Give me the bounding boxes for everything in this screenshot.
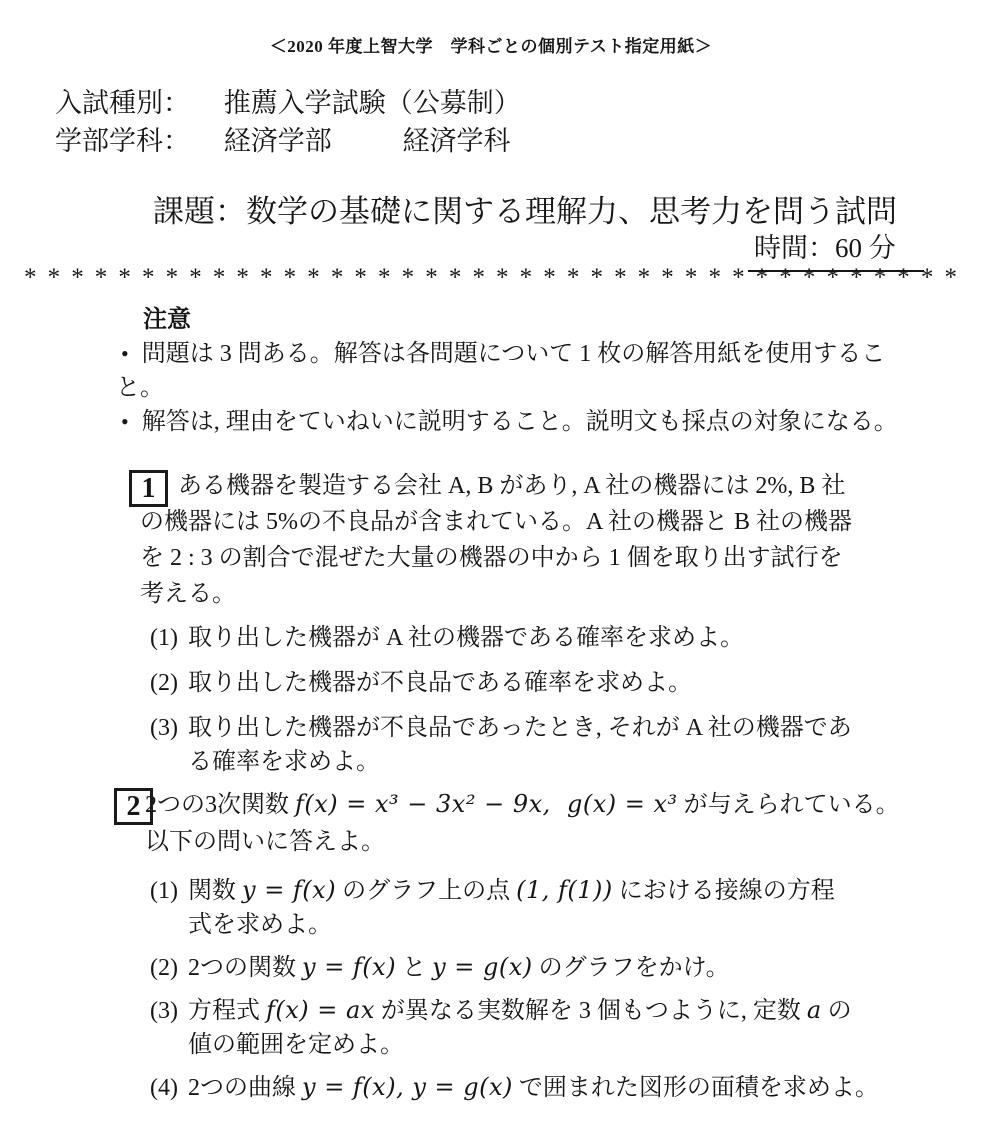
exam-meta: 入試種別： 推薦入学試験（公募制） 学部学科： 経済学部 経済学科 [55, 84, 521, 160]
text-segment: のグラフ上の点 [336, 878, 516, 904]
item-text: 取り出した機器が A 社の機器である確率を求めよ。 [188, 625, 744, 651]
text-segment: のグラフをかけ。 [533, 955, 730, 981]
faculty-row: 学部学科： 経済学部 経済学科 [55, 122, 521, 160]
item-text: 取り出した機器が不良品であったとき, それが A 社の機器であ [188, 715, 852, 741]
math-expression: f(x) = x³ − 3x² − 9x, g(x) = x³ [295, 790, 678, 818]
exam-type-row: 入試種別： 推薦入学試験（公募制） [55, 84, 521, 122]
exam-paper-page: ＜2020 年度上智大学 学科ごとの個別テスト指定用紙＞ 入試種別： 推薦入学試… [0, 0, 982, 1148]
problem-2-body: 2つの3次関数 f(x) = x³ − 3x² − 9x, g(x) = x³ … [145, 786, 905, 861]
notice-section: 注意 •問題は 3 問ある。解答は各問題について 1 枚の解答用紙を使用するこ … [116, 303, 916, 439]
item-label: (1) [150, 621, 188, 655]
problem-2: 2 2つの3次関数 f(x) = x³ − 3x² − 9x, g(x) = x… [0, 786, 982, 1105]
problem-2-intro-line: 2つの3次関数 f(x) = x³ − 3x² − 9x, g(x) = x³ … [145, 786, 905, 824]
text-segment: における接線の方程 [613, 878, 835, 904]
math-expression: y = f(x) [242, 876, 336, 904]
bullet-icon: • [121, 337, 129, 371]
notice-heading: 注意 [143, 303, 916, 337]
item-label: (1) [150, 874, 188, 908]
text-segment: で囲まれた図形の面積を求めよ。 [513, 1075, 879, 1101]
text-segment: の [822, 998, 852, 1024]
problem-2-item-3: (3)方程式 f(x) = ax が異なる実数解を 3 個もつように, 定数 a… [150, 993, 982, 1028]
problem-1-body-line: の機器には 5%の不良品が含まれている。A 社の機器と B 社の機器 [140, 504, 885, 540]
text-segment: 方程式 [188, 998, 266, 1024]
department-value: 経済学科 [403, 122, 511, 160]
problem-1-items: (1)取り出した機器が A 社の機器である確率を求めよ。 (2)取り出した機器が… [0, 621, 982, 779]
math-expression: a [807, 996, 822, 1024]
asterisk-separator: * * * * * * * * * * * * * * * * * * * * … [24, 264, 958, 292]
problem-2-item-4: (4)2つの曲線 y = f(x), y = g(x) で囲まれた図形の面積を求… [150, 1070, 982, 1105]
bullet-icon: • [121, 405, 129, 439]
problem-1-body-line: 考える。 [140, 576, 885, 612]
problem-1-body-line: ある機器を製造する会社 A, B があり, A 社の機器には 2%, B 社 [140, 468, 885, 504]
problem-2-item-2: (2)2つの関数 y = f(x) と y = g(x) のグラフをかけ。 [150, 950, 982, 985]
exam-type-value: 推薦入学試験（公募制） [224, 84, 521, 122]
exam-title: 課題：数学の基礎に関する理解力、思考力を問う試問 [153, 186, 897, 231]
notice-item-1-continuation: と。 [116, 371, 916, 405]
problem-1-item-3-continuation: る確率を求めよ。 [188, 745, 982, 779]
problem-2-intro-line: 以下の問いに答えよ。 [145, 824, 905, 861]
item-label: (3) [150, 994, 188, 1028]
exam-type-label: 入試種別： [55, 84, 217, 122]
math-expression: y = f(x), y = g(x) [302, 1073, 513, 1101]
text-segment: が異なる実数解を 3 個もつように, 定数 [375, 998, 807, 1024]
problem-1-body: ある機器を製造する会社 A, B があり, A 社の機器には 2%, B 社 の… [140, 468, 885, 612]
problem-1-item-2: (2)取り出した機器が不良品である確率を求めよ。 [150, 666, 982, 700]
faculty-label: 学部学科： [55, 122, 217, 160]
problem-1: 1 ある機器を製造する会社 A, B があり, A 社の機器には 2%, B 社… [0, 468, 982, 779]
problem-1-item-3: (3)取り出した機器が不良品であったとき, それが A 社の機器であ [150, 711, 982, 745]
problem-1-item-1: (1)取り出した機器が A 社の機器である確率を求めよ。 [150, 621, 982, 655]
notice-item-1: •問題は 3 問ある。解答は各問題について 1 枚の解答用紙を使用するこ [116, 337, 916, 371]
problem-1-body-line: を 2 : 3 の割合で混ぜた大量の機器の中から 1 個を取り出す試行を [140, 540, 885, 576]
problem-2-item-1-continuation: 式を求めよ。 [188, 908, 982, 942]
text-segment: と [396, 955, 432, 981]
item-label: (2) [150, 951, 188, 985]
notice-item-2: •解答は, 理由をていねいに説明すること。説明文も採点の対象になる。 [116, 405, 916, 439]
problem-2-items: (1)関数 y = f(x) のグラフ上の点 (1, f(1)) における接線の… [0, 873, 982, 1105]
text-segment: 関数 [188, 878, 242, 904]
problem-2-item-1: (1)関数 y = f(x) のグラフ上の点 (1, f(1)) における接線の… [150, 873, 982, 908]
text-segment: 2つの曲線 [188, 1075, 302, 1101]
math-expression: f(x) = ax [266, 996, 375, 1024]
math-expression: y = g(x) [432, 953, 533, 981]
problem-2-number-box: 2 [114, 788, 153, 825]
text-segment: 2つの関数 [188, 955, 302, 981]
page-header: ＜2020 年度上智大学 学科ごとの個別テスト指定用紙＞ [0, 32, 982, 57]
item-text: 取り出した機器が不良品である確率を求めよ。 [188, 670, 692, 696]
faculty-value: 経済学部 [224, 122, 332, 160]
math-expression: (1, f(1)) [516, 876, 613, 904]
notice-item-2-text: 解答は, 理由をていねいに説明すること。説明文も採点の対象になる。 [142, 409, 898, 435]
item-label: (4) [150, 1071, 188, 1105]
problem-2-item-3-continuation: 値の範囲を定めよ。 [188, 1028, 982, 1062]
notice-item-1-text: 問題は 3 問ある。解答は各問題について 1 枚の解答用紙を使用するこ [142, 341, 886, 367]
item-label: (2) [150, 666, 188, 700]
text-segment: 2つの3次関数 [145, 792, 295, 818]
text-segment: が与えられている。 [678, 792, 900, 818]
math-expression: y = f(x) [302, 953, 396, 981]
problem-1-number-box: 1 [129, 470, 168, 507]
item-label: (3) [150, 711, 188, 745]
